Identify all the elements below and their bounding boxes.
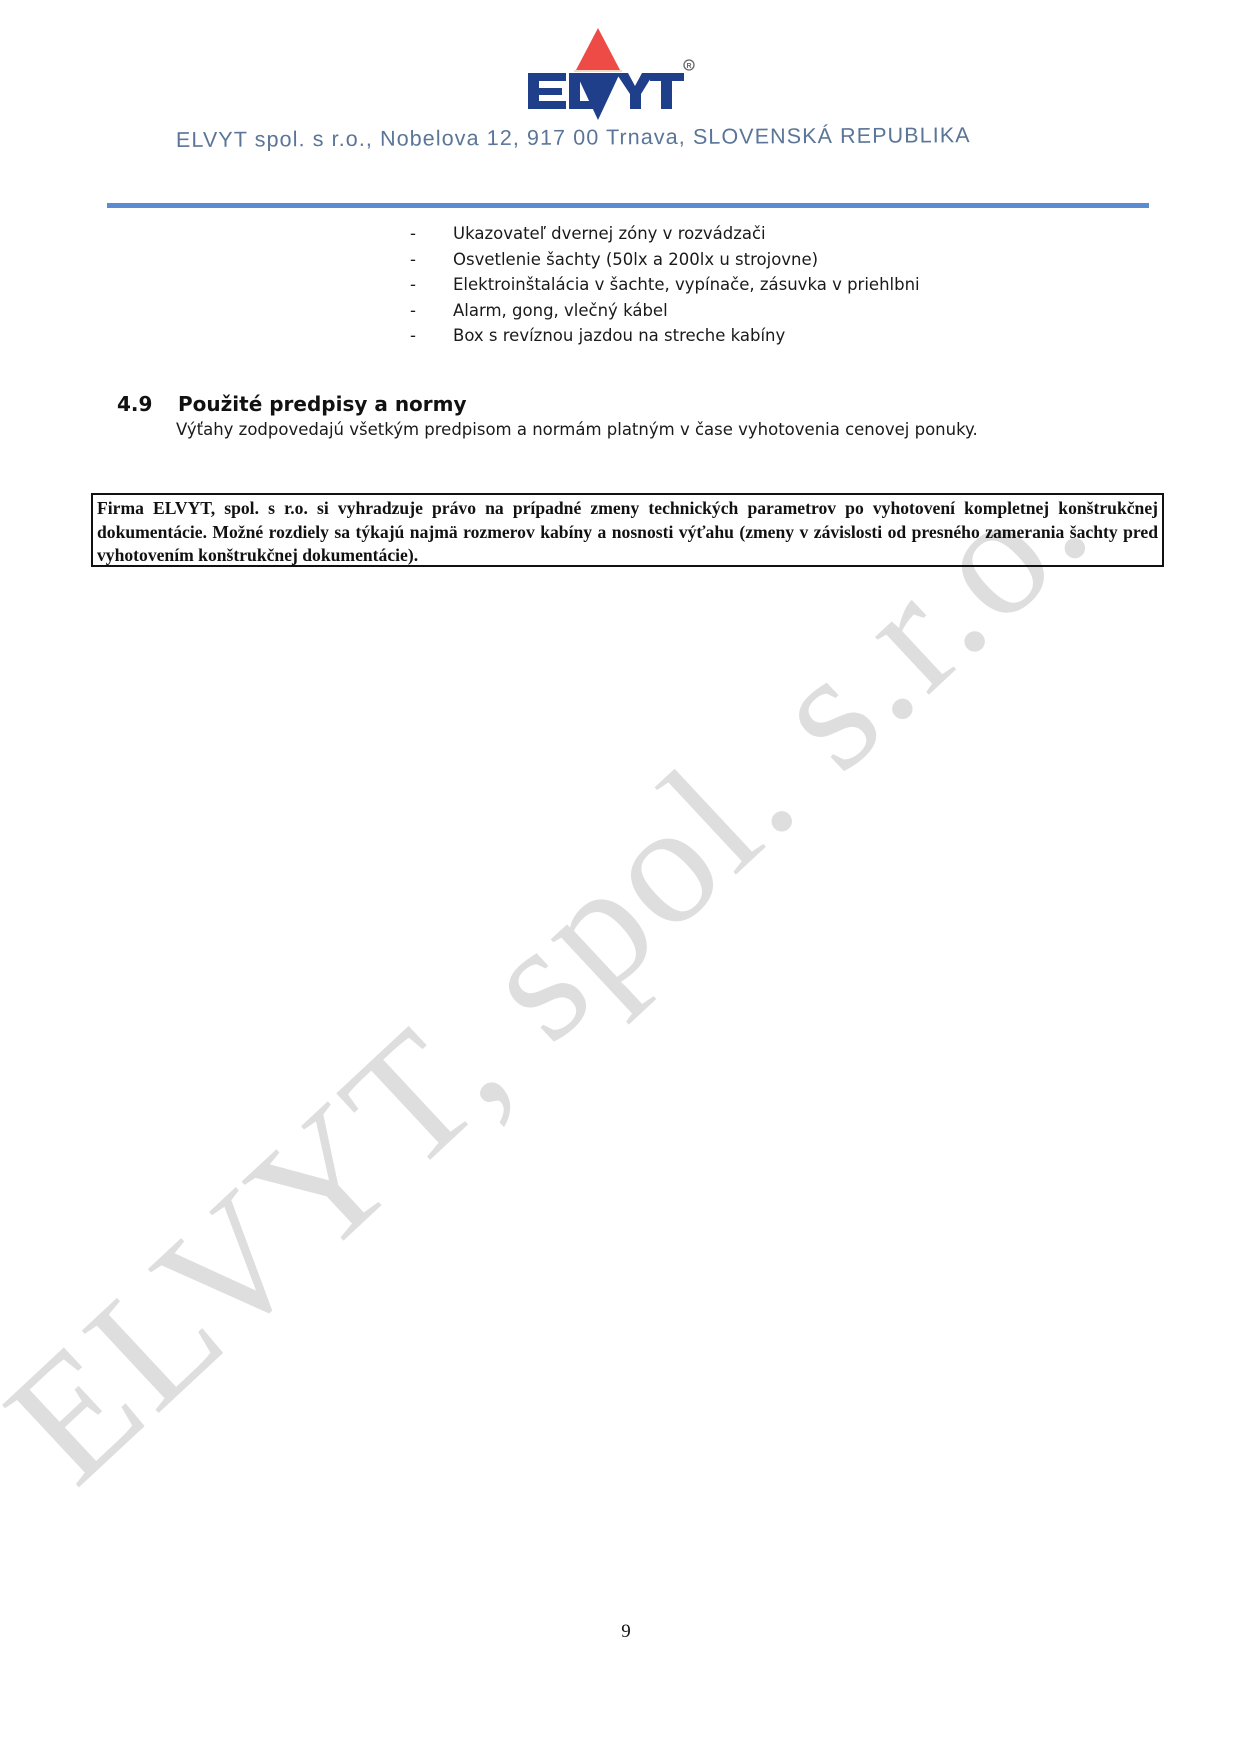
- page-number: 9: [0, 1621, 1240, 1643]
- elvyt-logo-icon: R: [528, 28, 698, 124]
- company-address: ELVYT spol. s r.o., Nobelova 12, 917 00 …: [176, 123, 1076, 153]
- list-item-text: Box s revíznou jazdou na streche kabíny: [453, 326, 785, 345]
- bullet-dash: -: [410, 301, 453, 320]
- equipment-list: - Ukazovateľ dvernej zóny v rozvádzači -…: [410, 221, 920, 349]
- list-item: - Osvetlenie šachty (50lx a 200lx u stro…: [410, 247, 920, 273]
- list-item-text: Osvetlenie šachty (50lx a 200lx u strojo…: [453, 250, 818, 269]
- section-title: Použité predpisy a normy: [178, 392, 467, 416]
- list-item-text: Alarm, gong, vlečný kábel: [453, 301, 668, 320]
- watermark: ELVYT, spol. s.r.o.: [0, 432, 1119, 1512]
- svg-text:R: R: [686, 63, 691, 70]
- header-divider: [107, 203, 1149, 208]
- bullet-dash: -: [410, 326, 453, 345]
- list-item-text: Elektroinštalácia v šachte, vypínače, zá…: [453, 275, 920, 294]
- list-item-text: Ukazovateľ dvernej zóny v rozvádzači: [453, 224, 766, 243]
- section-number: 4.9: [117, 392, 178, 416]
- list-item: - Elektroinštalácia v šachte, vypínače, …: [410, 272, 920, 298]
- section-body: Výťahy zodpovedajú všetkým predpisom a n…: [176, 420, 978, 439]
- section-heading: 4.9Použité predpisy a normy: [117, 392, 467, 416]
- disclaimer-notice-box: Firma ELVYT, spol. s r.o. si vyhradzuje …: [91, 493, 1164, 567]
- bullet-dash: -: [410, 224, 453, 243]
- list-item: - Box s revíznou jazdou na streche kabín…: [410, 323, 920, 349]
- bullet-dash: -: [410, 250, 453, 269]
- list-item: - Alarm, gong, vlečný kábel: [410, 298, 920, 324]
- bullet-dash: -: [410, 275, 453, 294]
- company-logo: R: [528, 28, 698, 124]
- list-item: - Ukazovateľ dvernej zóny v rozvádzači: [410, 221, 920, 247]
- disclaimer-text: Firma ELVYT, spol. s r.o. si vyhradzuje …: [97, 498, 1158, 565]
